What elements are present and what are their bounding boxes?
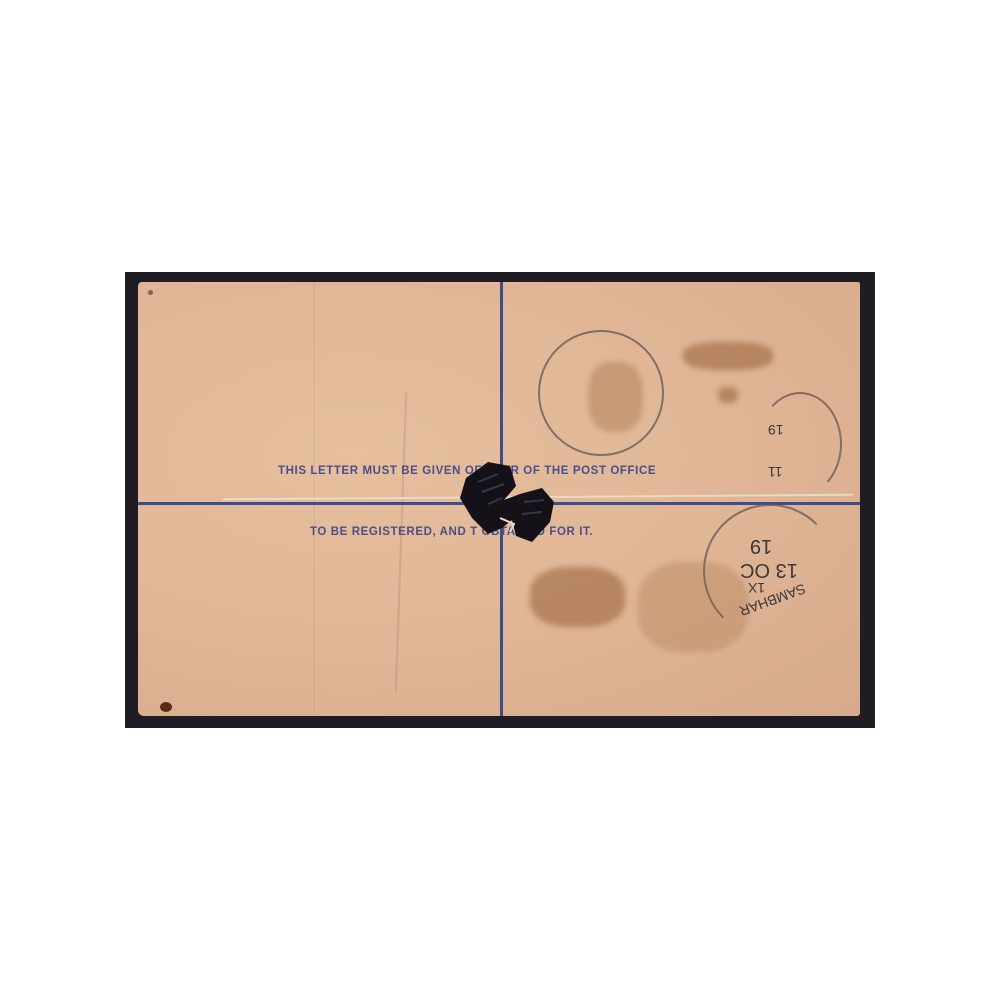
postmark-lower-year: 19: [750, 534, 772, 557]
postmark-upper-code: 11: [768, 464, 783, 480]
postmark-lower-code: 1X: [748, 580, 765, 596]
corner-stain: [160, 702, 172, 712]
stain: [638, 562, 748, 652]
paper-crease: [395, 392, 407, 692]
postmark-partial-ring: [758, 392, 842, 496]
wax-seal: [458, 458, 558, 544]
stain: [683, 342, 773, 370]
envelope-back: THIS LETTER MUST BE GIVEN OFFICER OF THE…: [138, 282, 860, 716]
stain: [588, 362, 643, 432]
postmark-upper-year: 19: [768, 422, 784, 438]
stain: [530, 567, 625, 627]
corner-stain: [148, 290, 153, 295]
stain: [718, 387, 738, 403]
postmark-lower-date: 13 OC: [740, 558, 798, 581]
